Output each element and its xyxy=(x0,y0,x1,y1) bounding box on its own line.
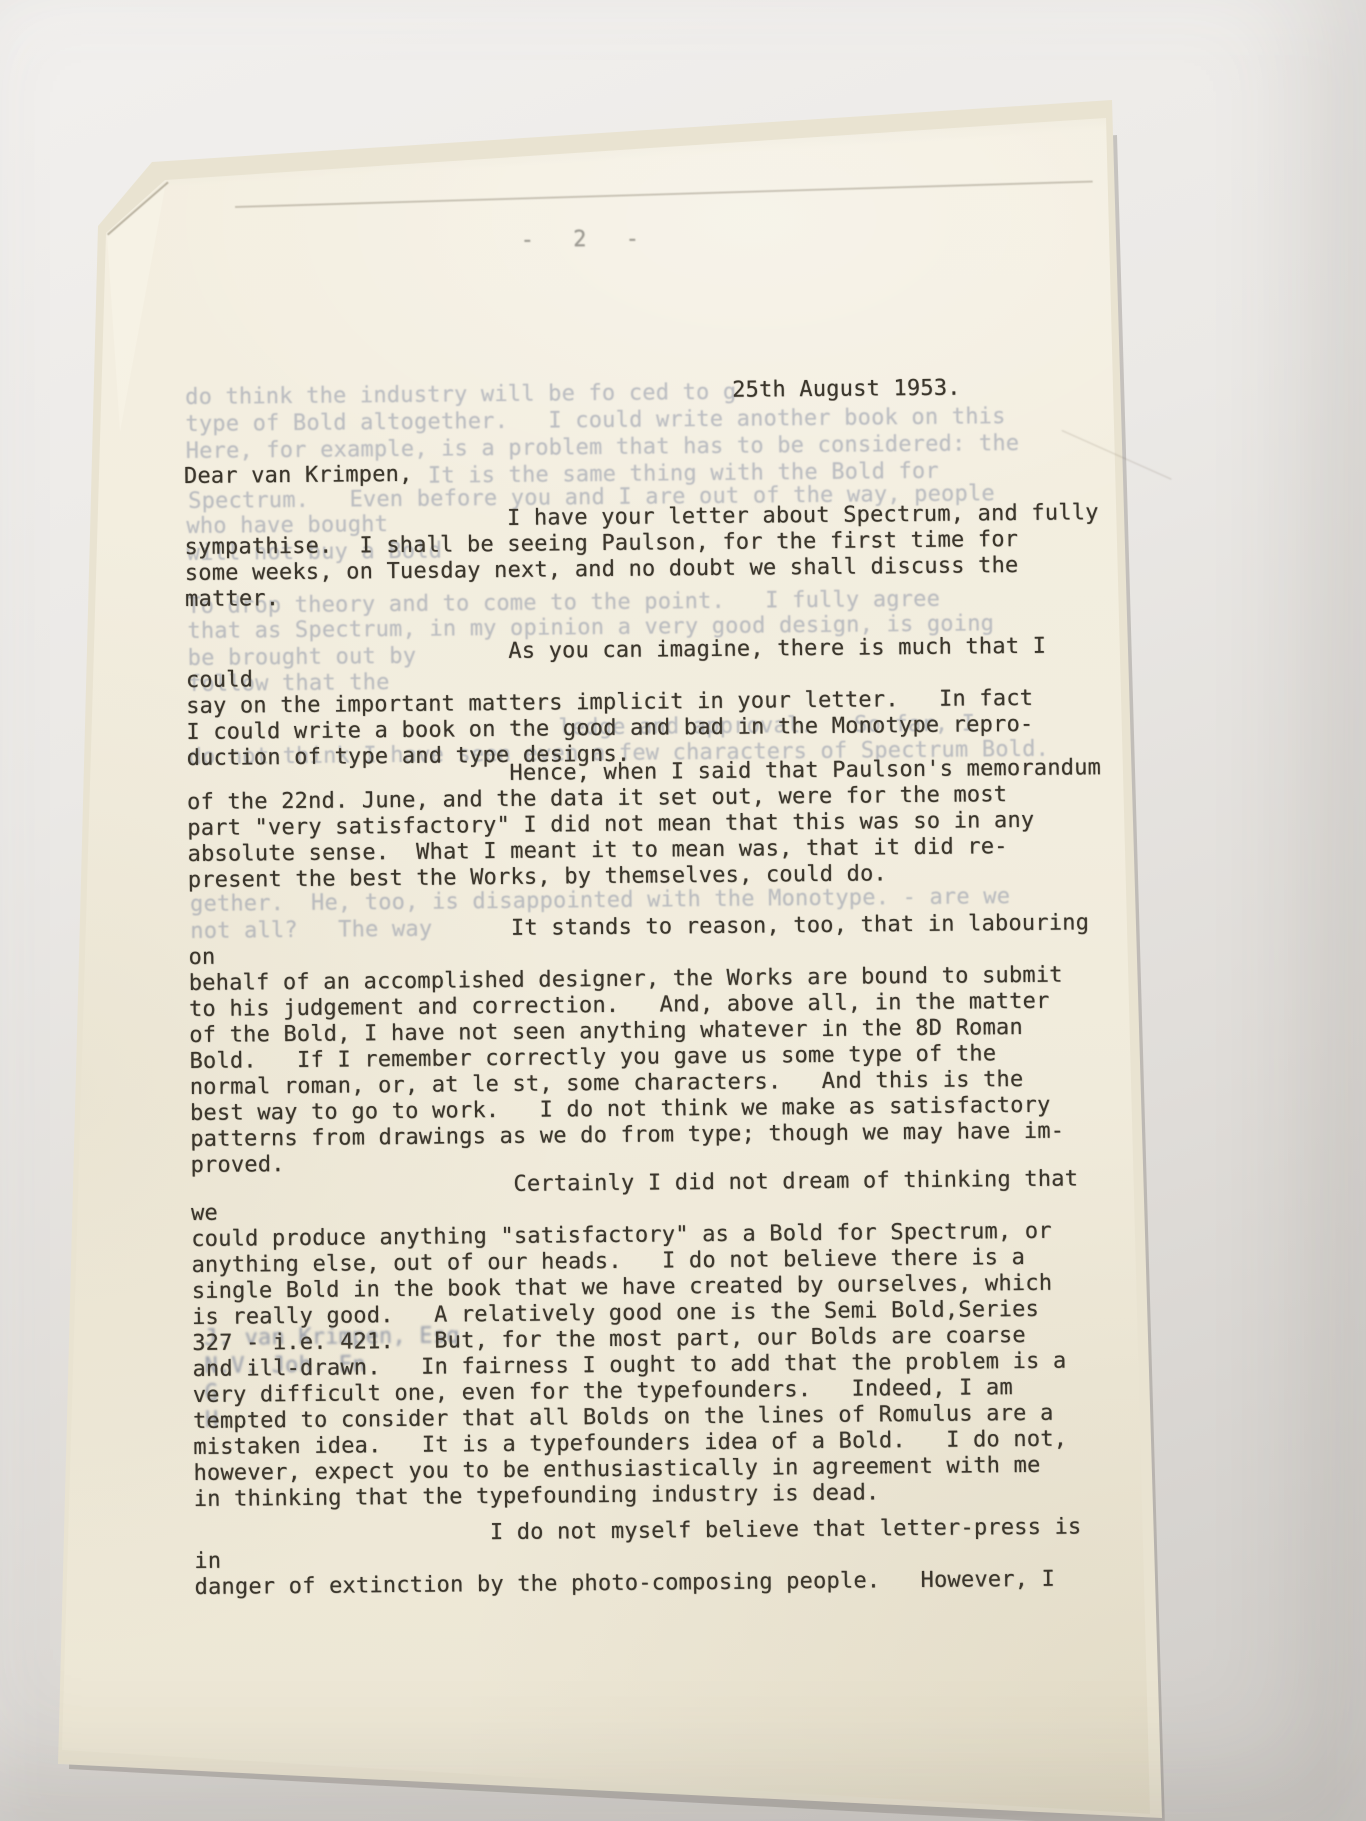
page-number: - 2 - xyxy=(521,227,652,254)
letter-paragraph: I have your letter about Spectrum, and f… xyxy=(184,500,1105,613)
letter-date: 25th August 1953. xyxy=(732,376,961,404)
letter-salutation: Dear van Krimpen, xyxy=(184,462,413,490)
letter-paragraph: As you can imagine, there is much that I… xyxy=(186,633,1107,772)
typewritten-text-layer: do think the industry will be fo ced to … xyxy=(0,0,1366,1821)
letter-paragraph: I do not myself believe that letter-pres… xyxy=(194,1514,1115,1601)
ghost-text-line: do think the industry will be fo ced to … xyxy=(185,380,736,411)
photograph-of-letter: do think the industry will be fo ced to … xyxy=(0,0,1366,1821)
letter-paragraph: It stands to reason, too, that in labour… xyxy=(188,910,1110,1179)
letter-paragraph: Hence, when I said that Paulson's memora… xyxy=(187,755,1108,894)
letter-paragraph: Certainly I did not dream of thinking th… xyxy=(191,1166,1114,1513)
